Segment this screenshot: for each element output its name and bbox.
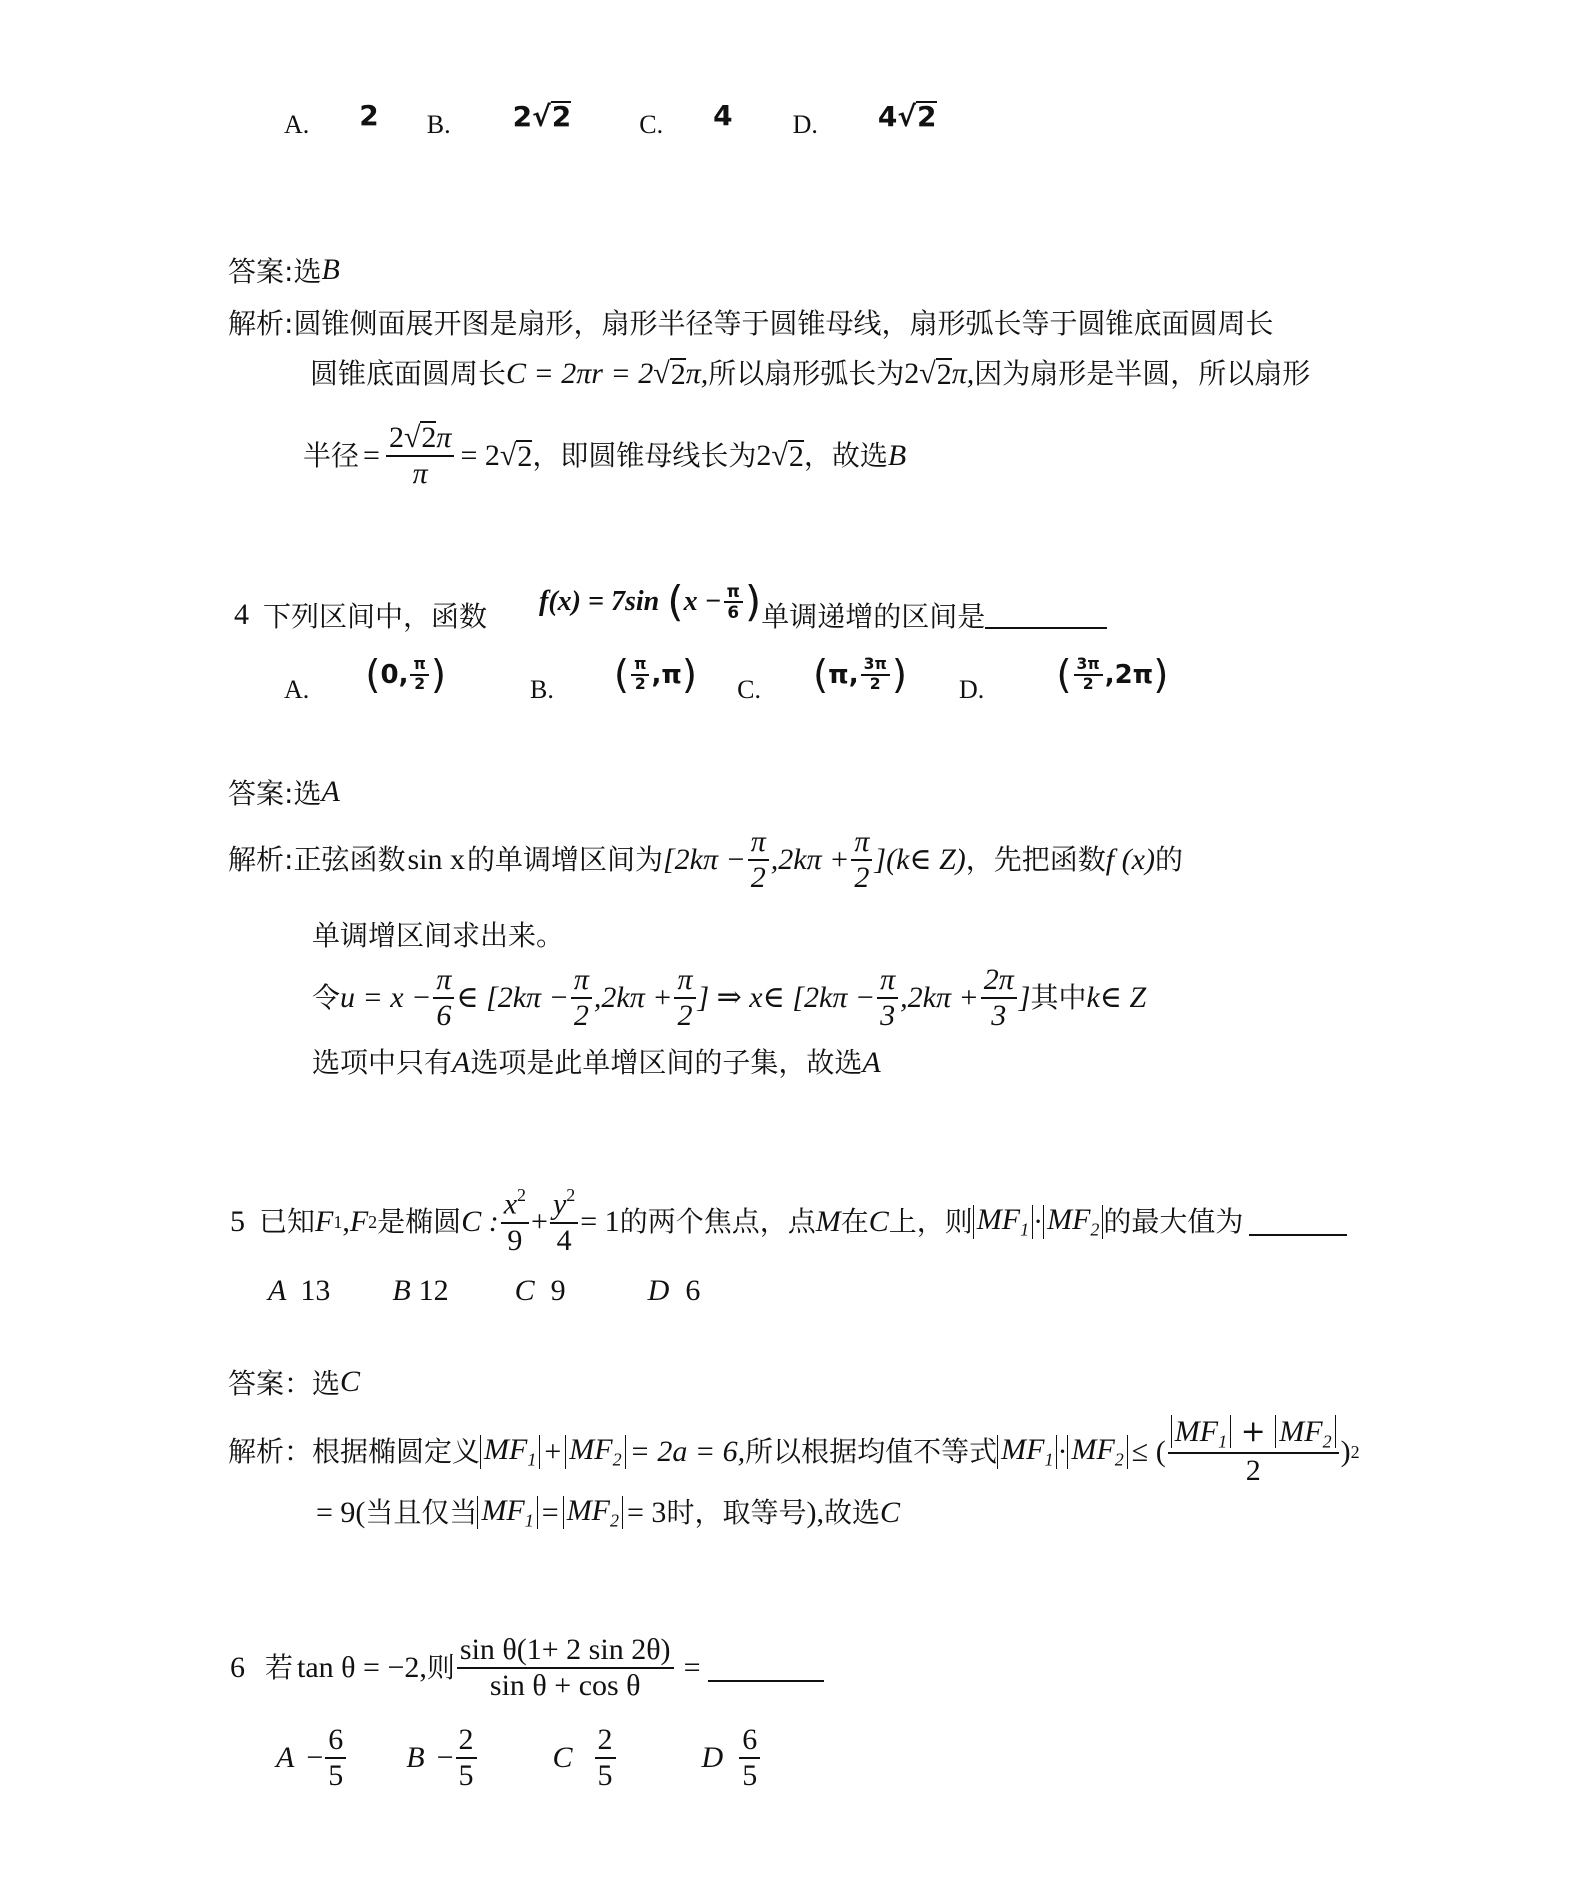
q4-analysis-line2: 单调增区间求出来。 bbox=[312, 914, 564, 954]
q5-option-a-value: 13 bbox=[300, 1276, 330, 1306]
q5-stem: 5 已知 F1,F2 是椭圆 C : x29 + y24 = 1 的两个焦点，点… bbox=[230, 1182, 1347, 1262]
q4-analysis-line4: 选项中只有 A 选项是此单增区间的子集，故选 A bbox=[312, 1048, 881, 1078]
q3-radius-fraction: 2√2π π bbox=[386, 421, 455, 492]
q6-number: 6 bbox=[230, 1653, 245, 1683]
q5-option-c-value: 9 bbox=[551, 1276, 566, 1306]
q3-option-a-label: A. bbox=[284, 112, 309, 138]
q3-option-d-value: 4√2 bbox=[878, 101, 937, 131]
q6-option-c-label: C bbox=[553, 1743, 573, 1773]
q6-answer-blank bbox=[708, 1654, 824, 1682]
q4-analysis-line1: 解析: 正弦函数 sin x 的单调增区间为 [2kπ − π2 ,2kπ + … bbox=[228, 822, 1183, 898]
q3-option-c-value: 4 bbox=[713, 102, 732, 130]
q4-option-d-label: D. bbox=[959, 675, 984, 705]
q4-answer-blank bbox=[985, 601, 1107, 629]
q5-option-a-label: A bbox=[268, 1276, 286, 1306]
q3-options: A. 2 B. 2√2 C. 4 D. 4√2 bbox=[284, 100, 937, 150]
q3-option-c-label: C. bbox=[639, 112, 663, 138]
q3-option-b-value: 2√2 bbox=[513, 101, 572, 131]
q5-number: 5 bbox=[230, 1207, 245, 1237]
q5-option-b-value: 12 bbox=[419, 1276, 449, 1306]
q5-option-c-label: C bbox=[515, 1276, 535, 1306]
q5-answer-choice: C bbox=[340, 1367, 360, 1397]
q4-option-c-value: (π,3π2) bbox=[813, 656, 907, 695]
q6-option-b-label: B bbox=[406, 1743, 424, 1773]
q6-option-d-label: D bbox=[702, 1743, 724, 1773]
q4-options: A. (0,π2) B. (π2,π) C. (π,3π2) D. (3π2,2… bbox=[284, 640, 1168, 710]
q3-answer: 答案: 选 B bbox=[228, 250, 340, 290]
q5-options: A 13 B 12 C 9 D 6 bbox=[268, 1276, 700, 1306]
q4-number: 4 bbox=[234, 600, 249, 630]
q4-analysis-line3: 令 u = x − π6 ∈ [2kπ − π2 ,2kπ + π2 ] ⇒ x… bbox=[312, 960, 1146, 1036]
q3-option-a-value: 2 bbox=[359, 102, 378, 130]
q6-options: A − 65 B − 25 C 25 D 65 bbox=[276, 1718, 762, 1798]
q5-answer-blank bbox=[1249, 1208, 1347, 1236]
q3-option-b-label: B. bbox=[427, 112, 451, 138]
q3-analysis-line2: 圆锥底面圆周长 C = 2πr = 2√2π, 所以扇形弧长为 2√2π, 因为… bbox=[310, 358, 1310, 390]
q4-option-c-label: C. bbox=[737, 675, 761, 705]
q4-answer-choice: A bbox=[321, 777, 339, 807]
q5-analysis-line1: 解析： 根据椭圆定义 MF1 + MF2 = 2a = 6, 所以根据均值不等式… bbox=[228, 1410, 1360, 1494]
q6-option-c-value: 25 bbox=[595, 1723, 616, 1794]
q3-option-d-label: D. bbox=[793, 112, 818, 138]
q4-option-b-value: (π2,π) bbox=[614, 656, 697, 695]
q6-option-a-label: A bbox=[276, 1743, 294, 1773]
q6-option-b-value: 25 bbox=[456, 1723, 477, 1794]
q4-function-formula: f(x) = 7sin ( x − π6 ) bbox=[539, 581, 761, 623]
q6-stem: 6 若 tan θ = −2, 则 sin θ(1+ 2 sin 2θ)sin … bbox=[230, 1626, 824, 1710]
q6-expression-fraction: sin θ(1+ 2 sin 2θ)sin θ + cos θ bbox=[457, 1633, 674, 1704]
q5-option-d-label: D bbox=[648, 1276, 670, 1306]
q3-analysis-line3: 半径 = 2√2π π = 2√2 ，即圆锥母线长为 2√2 ，故选 B bbox=[303, 416, 906, 496]
q5-answer: 答案： 选 C bbox=[228, 1362, 360, 1402]
q5-option-b-label: B bbox=[392, 1276, 410, 1306]
q4-option-d-value: (3π2,2π) bbox=[1056, 656, 1168, 695]
q4-option-a-value: (0,π2) bbox=[365, 656, 446, 695]
q3-answer-choice: B bbox=[321, 255, 339, 285]
q5-option-d-value: 6 bbox=[685, 1276, 700, 1306]
q4-answer: 答案: 选 A bbox=[228, 772, 340, 812]
q6-option-a-value: 65 bbox=[325, 1723, 346, 1794]
q6-option-d-value: 65 bbox=[739, 1723, 760, 1794]
q5-analysis-line2: = 9( 当且仅当 MF1 = MF2 = 3 时，取等号 ), 故选 C bbox=[316, 1496, 900, 1529]
q3-analysis-line1: 解析: 圆锥侧面展开图是扇形，扇形半径等于圆锥母线，扇形弧长等于圆锥底面圆周长 bbox=[228, 302, 1273, 342]
q4-option-a-label: A. bbox=[284, 675, 309, 705]
q4-option-b-label: B. bbox=[530, 675, 554, 705]
